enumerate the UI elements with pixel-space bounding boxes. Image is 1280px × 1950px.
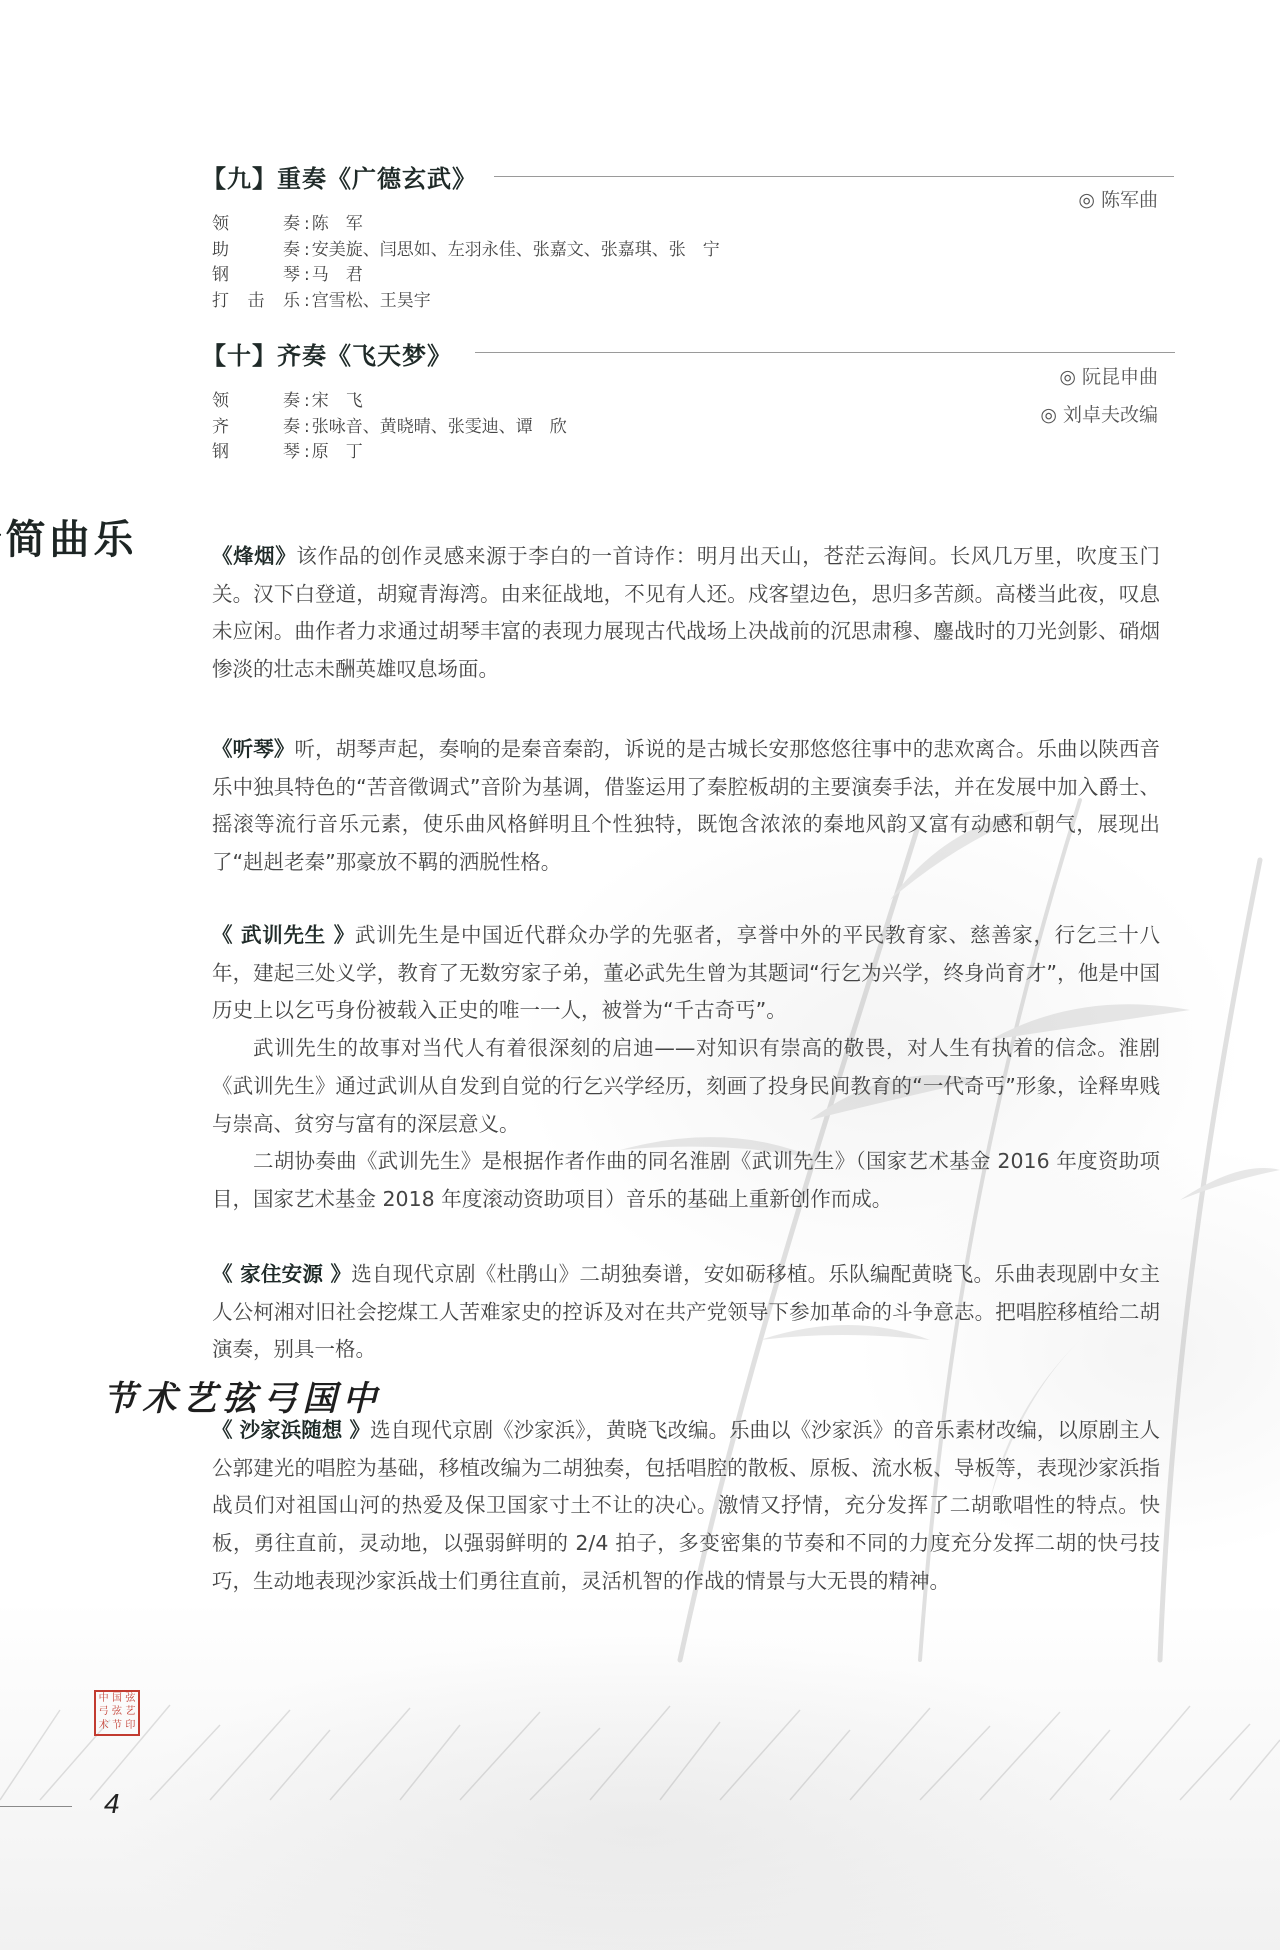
credit-line: ◎ 刘卓夫改编 xyxy=(1040,396,1158,434)
performer-names: 原 丁 xyxy=(310,440,363,466)
composer-credits: ◎ 阮昆申曲 ◎ 刘卓夫改编 xyxy=(1040,358,1158,434)
section-title-vertical: 乐曲简介 xyxy=(92,518,132,560)
performer-names: 宫雪松、王昊宇 xyxy=(310,289,431,315)
credit-line: ◎ 阮昆申曲 xyxy=(1040,358,1158,396)
performer-list: 领奏: 陈 军 助奏: 安美旋、闫思如、左羽永佳、张嘉文、张嘉琪、张 宁 钢琴:… xyxy=(212,212,720,314)
performer-row: 钢琴: 原 丁 xyxy=(212,440,567,466)
intro-wuxun: 《 武训先生 》武训先生是中国近代群众办学的先驱者，享誉中外的平民教育家、慈善家… xyxy=(212,917,1160,1219)
performer-names: 马 君 xyxy=(310,263,363,289)
intro-text: 该作品的创作灵感来源于李白的一首诗作：明月出天山，苍茫云海间。长风几万里，吹度玉… xyxy=(212,544,1160,681)
piece-title: 《 武训先生 》 xyxy=(212,923,355,947)
program-title: 【九】重奏《广德玄武》 xyxy=(202,159,477,194)
program-title: 【十】齐奏《飞天梦》 xyxy=(202,336,452,371)
intro-text: 选自现代京剧《沙家浜》，黄晓飞改编。乐曲以《沙家浜》的音乐素材改编，以原剧主人公… xyxy=(212,1418,1160,1593)
role-label: 钢琴 xyxy=(212,263,304,289)
composer-credits: ◎ 陈军曲 xyxy=(1078,181,1158,219)
red-seal-stamp: 中国弦 弓弦艺 术节印 xyxy=(94,1690,140,1736)
footer-rule xyxy=(0,1806,72,1807)
program-heading: 【九】重奏《广德玄武》 xyxy=(202,159,477,193)
intro-jiazhuanyuan: 《 家住安源 》选自现代京剧《杜鹃山》二胡独奏谱，安如砺移植。乐队编配黄晓飞。乐… xyxy=(212,1256,1160,1369)
intro-tingqin: 《听琴》听，胡琴声起，奏响的是秦音秦韵，诉说的是古城长安那悠悠往事中的悲欢离合。… xyxy=(212,731,1160,882)
credit-line: ◎ 陈军曲 xyxy=(1078,181,1158,219)
intro-text: 武训先生的故事对当代人有着很深刻的启迪——对知识有崇高的敬畏，对人生有执着的信念… xyxy=(212,1030,1160,1143)
performer-row: 领奏: 宋 飞 xyxy=(212,389,567,415)
performer-row: 领奏: 陈 军 xyxy=(212,212,720,238)
grass-ink-decoration xyxy=(0,1700,1280,1810)
performer-list: 领奏: 宋 飞 齐奏: 张咏音、黄晓晴、张雯迪、谭 欣 钢琴: 原 丁 xyxy=(212,389,567,466)
page-number: 4 xyxy=(104,1788,120,1820)
role-label: 助奏 xyxy=(212,238,304,264)
role-label: 齐奏 xyxy=(212,415,304,441)
performer-names: 安美旋、闫思如、左羽永佳、张嘉文、张嘉琪、张 宁 xyxy=(310,238,720,264)
performer-row: 打击乐: 宫雪松、王昊宇 xyxy=(212,289,720,315)
role-label: 领奏 xyxy=(212,212,304,238)
intro-text: 听，胡琴声起，奏响的是秦音秦韵，诉说的是古城长安那悠悠往事中的悲欢离合。乐曲以陕… xyxy=(212,737,1160,874)
intro-text: 选自现代京剧《杜鹃山》二胡独奏谱，安如砺移植。乐队编配黄晓飞。乐曲表现剧中女主人… xyxy=(212,1262,1160,1361)
role-label: 打击乐 xyxy=(212,289,304,315)
festival-calligraphy: 中国弓弦艺术节 xyxy=(96,1380,376,1416)
performer-names: 张咏音、黄晓晴、张雯迪、谭 欣 xyxy=(310,415,567,441)
role-label: 钢琴 xyxy=(212,440,304,466)
piece-title: 《烽烟》 xyxy=(212,544,296,568)
piece-title: 《 沙家浜随想 》 xyxy=(212,1418,370,1442)
intro-shajiabang: 《 沙家浜随想 》选自现代京剧《沙家浜》，黄晓飞改编。乐曲以《沙家浜》的音乐素材… xyxy=(212,1412,1160,1601)
performer-row: 齐奏: 张咏音、黄晓晴、张雯迪、谭 欣 xyxy=(212,415,567,441)
program-heading: 【十】齐奏《飞天梦》 xyxy=(202,336,452,370)
role-label: 领奏 xyxy=(212,389,304,415)
intro-fengyan: 《烽烟》该作品的创作灵感来源于李白的一首诗作：明月出天山，苍茫云海间。长风几万里… xyxy=(212,538,1160,689)
heading-rule xyxy=(494,176,1174,177)
performer-row: 钢琴: 马 君 xyxy=(212,263,720,289)
intro-text: 二胡协奏曲《武训先生》是根据作者作曲的同名淮剧《武训先生》（国家艺术基金 201… xyxy=(212,1143,1160,1218)
performer-names: 陈 军 xyxy=(310,212,363,238)
heading-rule xyxy=(475,352,1175,353)
intro-text: 武训先生是中国近代群众办学的先驱者，享誉中外的平民教育家、慈善家，行乞三十八年，… xyxy=(212,923,1160,1022)
performer-row: 助奏: 安美旋、闫思如、左羽永佳、张嘉文、张嘉琪、张 宁 xyxy=(212,238,720,264)
piece-title: 《 家住安源 》 xyxy=(212,1262,351,1286)
performer-names: 宋 飞 xyxy=(310,389,363,415)
piece-title: 《听琴》 xyxy=(212,737,294,761)
